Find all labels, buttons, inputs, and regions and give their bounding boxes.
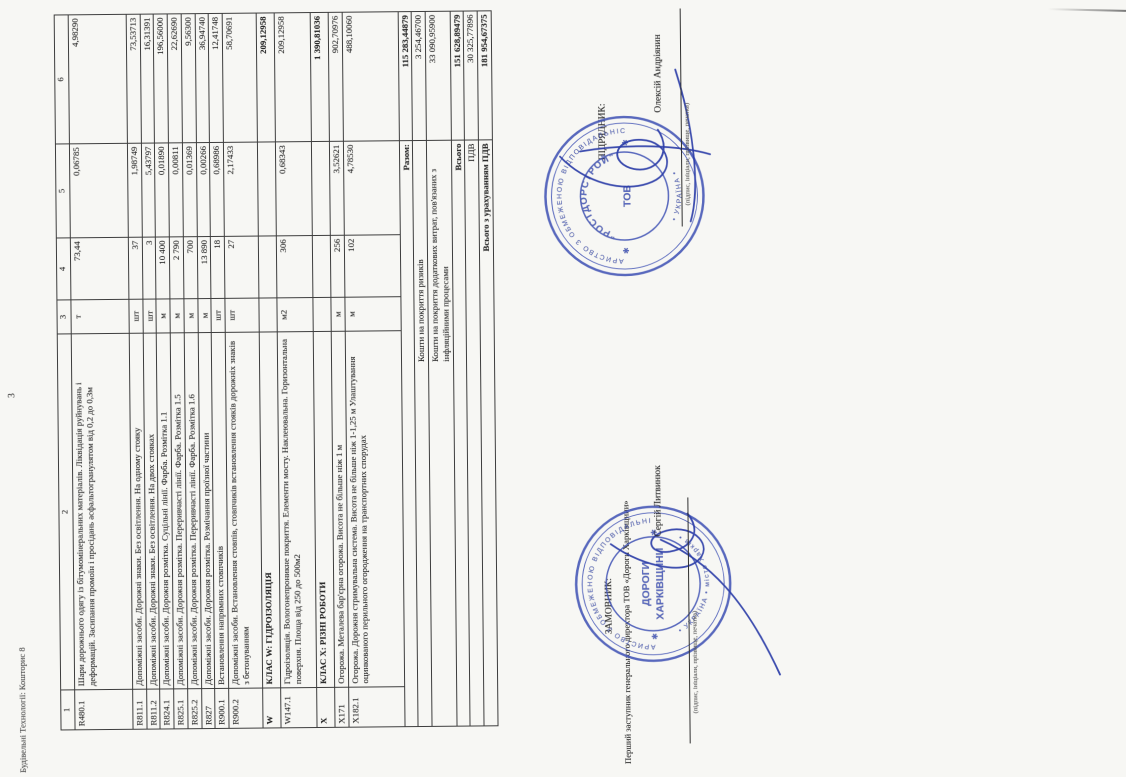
unit-price: 0,01369 [182,143,197,237]
work-code: R900.1 [215,688,229,728]
summary-value: 30 325,77896 [464,11,479,140]
quantity: 73,44 [70,237,129,300]
quantity: 700 [183,237,197,299]
summary-value: 115 283,44879 [398,12,413,141]
unit: шт [225,298,259,332]
scanned-document-frame: Будівельні Технології: Кошторис 8 3 1234… [0,0,1126,777]
row-total: 209,12958 [256,13,275,142]
unit-price: 4,78530 [343,141,400,236]
quantity: 3 [142,237,156,299]
work-code: W [263,688,281,728]
unit-price: 0,00811 [169,143,184,237]
unit-price: 2,17433 [223,142,258,236]
unit-price: 0,68986 [210,142,225,236]
summary-value: 151 628,89479 [450,11,465,140]
estimate-table: 123456 R480.1Шари дорожнього одягу із бі… [54,10,499,730]
contractor-name: Олексій Андріянин [653,34,664,112]
work-code: R811.1 [133,689,147,729]
summary-value: 33 090,95900 [425,11,451,140]
work-description: Допоміжні засоби. Встановлення стовпів, … [225,332,262,688]
summary-value: 181 954,67375 [477,11,492,140]
unit-price: 3,52621 [329,141,344,235]
unit: м [184,299,198,333]
work-description: Шари дорожнього одягу із бітумомінеральн… [71,333,132,690]
work-description: Огорожа. Дорожня стримувальна система. В… [345,331,404,688]
work-code: R824.1 [160,689,174,729]
unit: шт [143,299,157,333]
unit: шт [211,298,225,332]
work-code: R825.2 [188,689,202,729]
unit: м [345,297,401,332]
quantity: 306 [276,236,313,298]
unit: м [156,299,170,333]
row-total: 12,41748 [208,13,223,142]
estimate-page: Будівельні Технології: Кошторис 8 3 1234… [0,0,1126,777]
unit-price [257,142,276,236]
row-total: 488,10060 [342,12,399,142]
quantity: 37 [128,237,142,299]
column-header: 3 [57,300,71,334]
quantity: 13 890 [197,237,211,299]
unit-price: 0,06785 [69,143,128,238]
quantity: 102 [344,235,401,298]
unit: шт [129,299,143,333]
row-total: 36,94740 [195,14,210,143]
column-header: 1 [61,690,75,730]
row-total: 16,31391 [140,14,155,143]
row-total: 4,98290 [68,14,127,144]
estimate-table-body: R480.1Шари дорожнього одягу із бітумомін… [68,11,498,730]
work-description: Гідроізоляція. Вологонепроникне покриття… [277,332,316,688]
unit: м [198,299,212,333]
quantity: 27 [224,236,259,298]
work-code: R480.1 [75,689,133,730]
unit: м2 [277,298,313,332]
column-header: 4 [56,238,71,300]
unit-price: 0,01890 [155,143,170,237]
work-code: R900.2 [229,688,263,728]
unit-price: 5,43797 [141,143,156,237]
unit-price: 1,98749 [127,143,142,237]
work-code: R827 [201,688,215,728]
unit-price [311,141,330,235]
unit: т [71,299,129,334]
estimate-row: R480.1Шари дорожнього одягу із бітумомін… [68,14,133,730]
unit-price: 0,68343 [275,142,312,236]
column-header: 6 [54,15,69,144]
unit [313,297,331,331]
quantity: 18 [211,236,225,298]
unit: м [331,297,345,331]
quantity [312,235,331,297]
row-total: 1 390,81036 [310,12,329,141]
row-total: 22,62690 [167,14,182,143]
row-total: 58,70691 [222,13,257,142]
contractor-signature-icon [541,41,718,253]
work-code: X171 [335,687,349,727]
unit [259,298,277,332]
row-total: 209,12958 [274,13,311,142]
row-total: 196,56000 [154,14,169,143]
row-total: 73,53713 [126,14,141,143]
software-header: Будівельні Технології: Кошторис 8 [17,647,28,773]
work-code: R811.2 [146,689,160,729]
work-code: W147.1 [281,688,317,728]
quantity: 10 400 [156,237,170,299]
row-total: 902,70976 [328,12,343,141]
customer-name: Сергій Литвинюк [653,465,664,537]
unit-price: 0,00266 [196,143,211,237]
work-code: X [317,687,335,727]
summary-value: 3 254,46700 [412,11,427,140]
contractor-signature-caption: (підпис, ініціали, прізвище, печатка) [684,103,692,206]
column-header: 5 [55,144,70,238]
work-code: X182.1 [348,687,404,728]
unit: м [170,299,184,333]
estimate-row: X182.1Огорожа. Дорожня стримувальна сист… [342,12,405,728]
quantity: 256 [330,235,344,297]
row-total: 9,56300 [181,14,196,143]
customer-signature-icon [568,485,788,712]
quantity: 2 790 [169,237,183,299]
work-code: R825.1 [174,689,188,729]
page-number: 3 [7,393,17,398]
customer-signature-caption: (підпис, ініціали, прізвище, печатка) [691,611,699,714]
quantity [258,236,277,298]
